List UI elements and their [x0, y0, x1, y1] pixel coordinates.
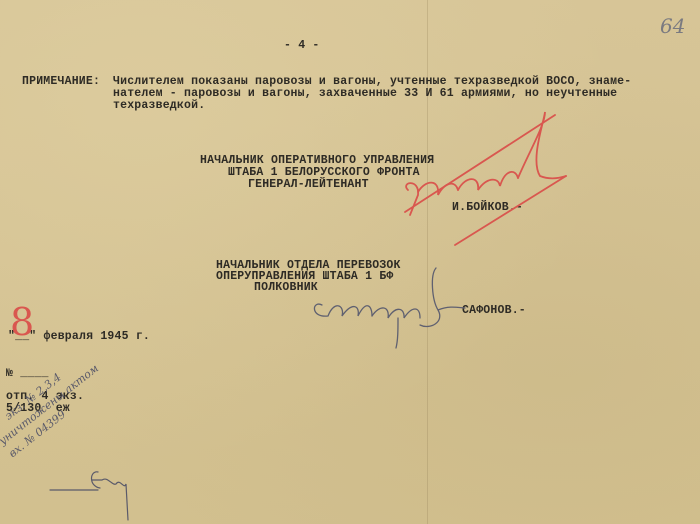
note-line-3: техразведкой. — [113, 100, 205, 112]
number-line: № ____ — [6, 368, 49, 380]
archive-page-number: 64 — [660, 14, 685, 38]
note-label: ПРИМЕЧАНИЕ: — [22, 76, 100, 88]
signature-initials-icon — [50, 472, 128, 520]
signer1-name: И.БОЙКОВ.- — [452, 202, 523, 214]
signer2-title-3: ПОЛКОВНИК — [254, 282, 318, 294]
page-marker: - 4 - — [284, 40, 320, 52]
signer2-name: САФОНОВ.- — [462, 305, 526, 317]
date-day-handwritten: 8 — [10, 300, 34, 344]
signer1-title-3: ГЕНЕРАЛ-ЛЕЙТЕНАНТ — [248, 179, 369, 191]
signature-boikov-icon — [405, 112, 566, 245]
